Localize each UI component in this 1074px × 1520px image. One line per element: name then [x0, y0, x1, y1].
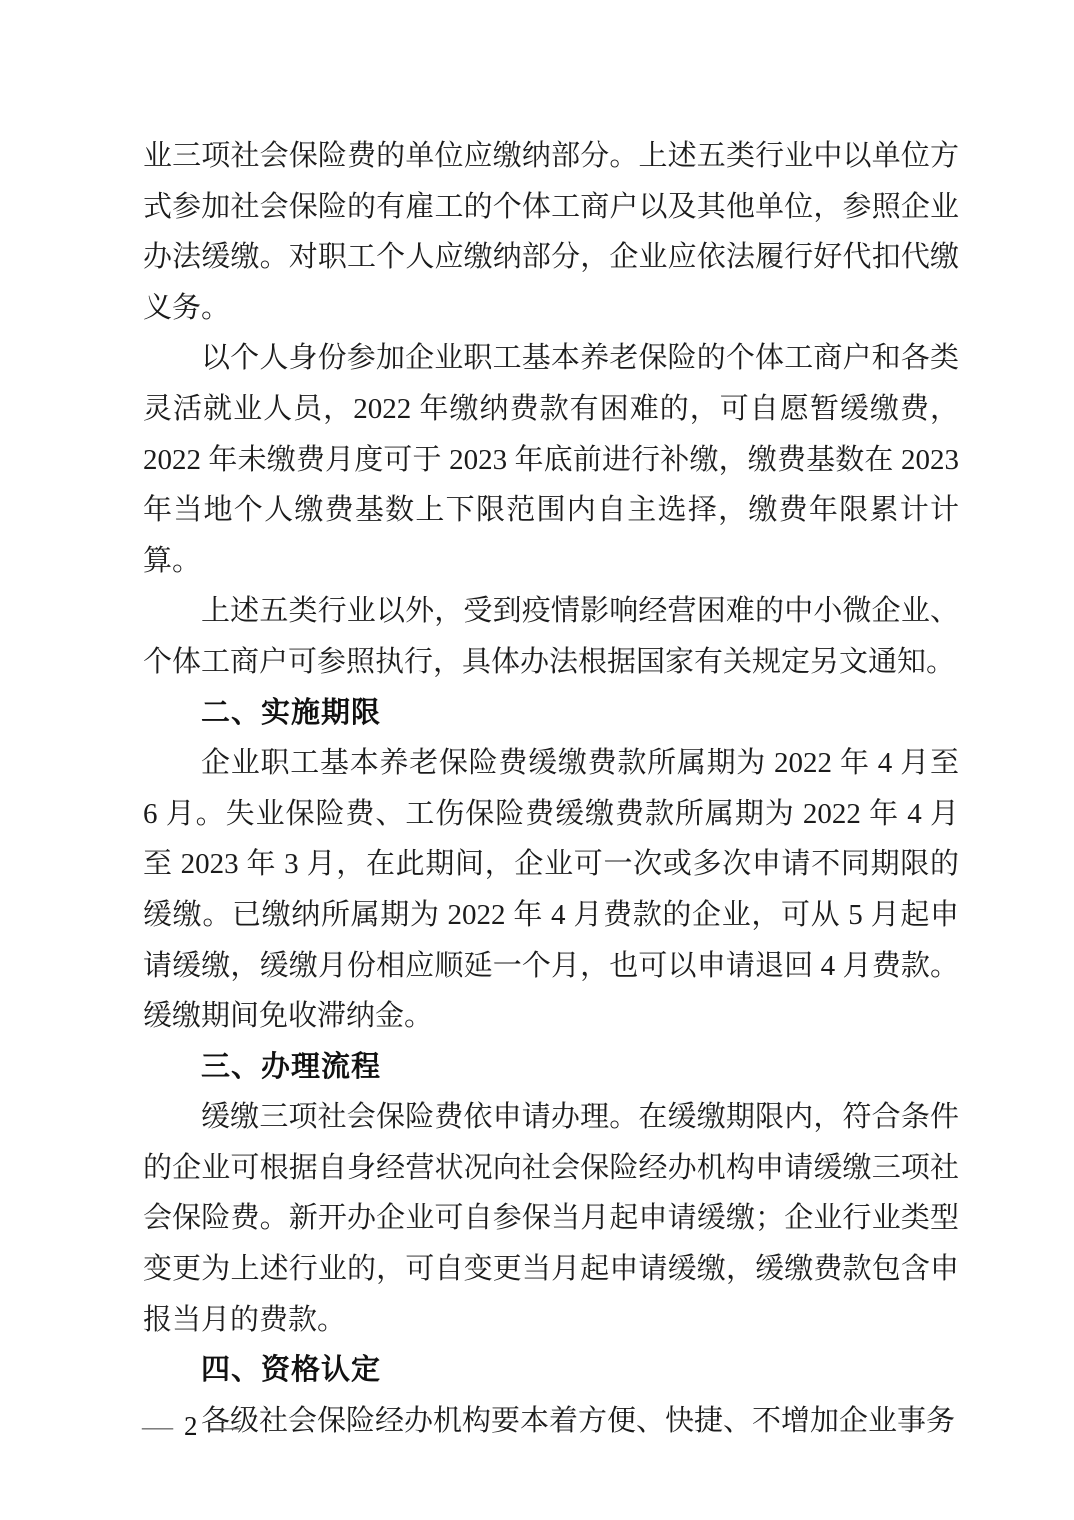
section-heading-qualification: 四、资格认定 [143, 1345, 959, 1396]
page-number: 2 [184, 1406, 198, 1446]
paragraph-continuation: 业三项社会保险费的单位应缴纳部分。上述五类行业中以单位方式参加社会保险的有雇工的… [143, 131, 959, 333]
paragraph-application-process: 缓缴三项社会保险费依申请办理。在缓缴期限内，符合条件的企业可根据自身经营状况向社… [143, 1092, 959, 1345]
section-heading-handling-process: 三、办理流程 [143, 1042, 959, 1093]
paragraph-individual-participants: 以个人身份参加企业职工基本养老保险的个体工商户和各类灵活就业人员，2022 年缴… [143, 333, 959, 586]
footer-dash-left: — [142, 1406, 173, 1446]
page-body-text: 业三项社会保险费的单位应缴纳部分。上述五类行业中以单位方式参加社会保险的有雇工的… [143, 131, 959, 1446]
paragraph-other-industries: 上述五类行业以外，受到疫情影响经营困难的中小微企业、个体工商户可参照执行，具体办… [143, 586, 959, 687]
paragraph-qualification-intro: 各级社会保险经办机构要本着方便、快捷、不增加企业事务 [143, 1396, 959, 1447]
footer-dash-right: — [208, 1406, 239, 1446]
page-footer: — 2 — [144, 1406, 238, 1446]
paragraph-deferral-periods: 企业职工基本养老保险费缓缴费款所属期为 2022 年 4 月至 6 月。失业保险… [143, 738, 959, 1042]
document-page: 业三项社会保险费的单位应缴纳部分。上述五类行业中以单位方式参加社会保险的有雇工的… [0, 0, 1074, 1520]
section-heading-implementation-period: 二、实施期限 [143, 688, 959, 739]
